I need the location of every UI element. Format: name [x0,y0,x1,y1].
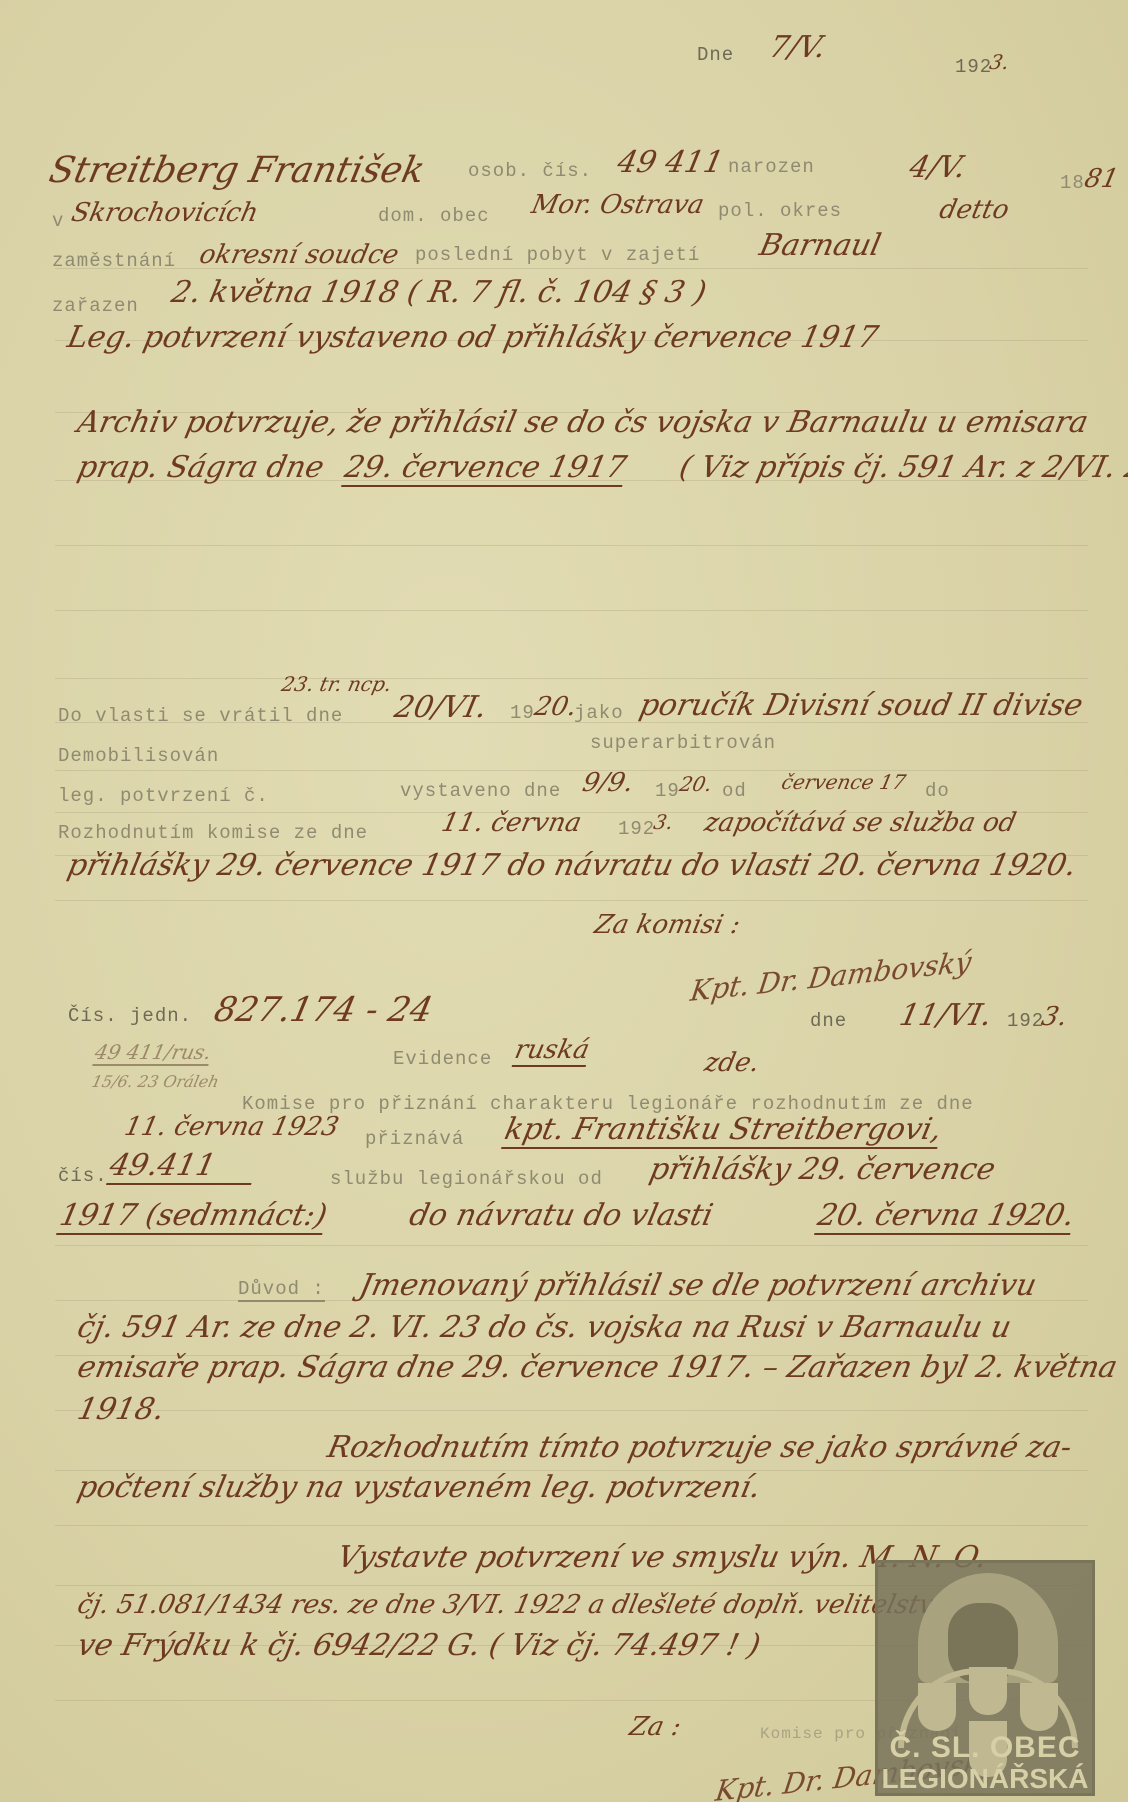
rozhodnutim-year-suffix: 3. [651,810,675,834]
margin-note-2: 15/6. 23 Oráleh [90,1072,221,1091]
od-label: od [722,780,747,802]
od-value: července 17 [779,770,908,794]
za-label: Za : [627,1712,684,1742]
zamestnani-value: okresní soudce [197,240,402,270]
priznava-value: kpt. Františku Streitbergovi, [501,1112,945,1149]
vystaveno-year-suffix: 20. [677,772,714,796]
rule-line [55,610,1088,611]
do-label: do [925,780,950,802]
sluzbu-label: službu legionářskou od [330,1168,603,1190]
birth-year-prefix: 18 [1060,172,1085,194]
rule-line [55,1410,1088,1411]
year-suffix: 3. [987,50,1011,74]
zarazen-label: zařazen [52,295,139,317]
rozhodnutim-line2: počtení služby na vystaveném leg. potvrz… [74,1470,764,1505]
duvod-line4: 1918. [74,1392,167,1427]
demob-label: Demobilisován [58,745,219,767]
posledni-pobyt-value: Barnaul [756,228,884,263]
rule-line [55,1525,1088,1526]
cis-jedn-value: 827.174 - 24 [211,990,436,1030]
zarazen-value: 2. května 1918 ( R. 7 fl. č. 104 § 3 ) [168,275,709,310]
archive-line-2b: 29. července 1917 [341,450,629,487]
duvod-line2: čj. 591 Ar. ze dne 2. VI. 23 do čs. vojs… [74,1310,1014,1345]
birthplace-prefix: v [52,210,64,232]
returned-year-suffix: 20. [532,692,580,722]
sluzbu-line2b: do návratu do vlasti [406,1198,716,1233]
sluzbu-value: přihlášky 29. července [646,1152,998,1187]
superarb-label: superarbitrován [590,732,776,754]
margin-note-1: 49 411/rus. [92,1040,213,1066]
zamestnani-label: zaměstnání [52,250,176,272]
evidence-label: Evidence [393,1048,492,1070]
legion-logo-watermark: Č. SL. OBEC LEGIONÁŘSKÁ [875,1560,1095,1796]
coat-of-arms-icon [918,1683,956,1731]
osob-cis-value: 49 411 [614,145,726,180]
service-line: přihlášky 29. července 1917 do návratu d… [64,848,1079,883]
rule-line [55,678,1088,679]
archive-line-2a: prap. Ságra dne [74,450,327,485]
returned-date: 20/VI. [391,690,490,725]
evidence-extra: zde. [702,1048,762,1078]
dne-value: 11/VI. [896,998,995,1033]
rule-line [55,545,1088,546]
dom-obec-value: Mor. Ostrava [529,190,707,220]
return-annotation: 23. tr. ncp. [279,672,394,696]
duvod-label: Důvod : [238,1278,325,1302]
birth-year-suffix: 81 [1082,164,1121,194]
vystavte-line2: čj. 51.081/1434 res. ze dne 3/VI. 1922 a… [75,1590,946,1620]
returned-label: Do vlasti se vrátil dne [58,705,343,727]
note-line: Leg. potvrzení vystaveno od přihlášky če… [64,320,881,355]
cis-label: čís. [58,1165,108,1187]
sluzbu-line2a: 1917 (sedmnáct:) [56,1198,330,1235]
year-prefix: 192 [955,56,992,78]
rule-line [55,770,1088,771]
posledni-pobyt-label: poslední pobyt v zajetí [415,244,700,266]
vystaveno-year-prefix: 19 [655,780,680,802]
narozen-value: 4/V. [906,150,969,185]
duvod-line1: Jmenovaný přihlásil se dle potvrzení arc… [356,1268,1039,1303]
priznava-label: přiznává [365,1128,464,1150]
eagle-shield-icon [1020,1683,1058,1731]
vystavte-line3: ve Frýdku k čj. 6942/22 G. ( Viz čj. 74.… [74,1628,763,1663]
duvod-line3: emisaře prap. Ságra dne 29. července 191… [74,1350,1120,1385]
narozen-label: narozen [728,156,815,178]
rule-line [55,900,1088,901]
double-cross-shield-icon [969,1667,1007,1715]
rozhodnutim-year-prefix: 192 [618,818,655,840]
archive-line-1: Archiv potvrzuje, že přihlásil se do čs … [74,405,1091,440]
date-value: 7/V. [766,30,829,65]
vystaveno-label: vystaveno dne [400,780,561,802]
komise-date: 11. června 1923 [122,1112,342,1142]
zapocitava-text: započítává se služba od [702,808,1019,838]
sluzbu-line2c: 20. června 1920. [814,1198,1078,1235]
pol-okres-label: pol. okres [718,200,842,222]
logo-text-line2: LEGIONÁŘSKÁ [878,1763,1092,1795]
jako-value: poručík Divisní soud II divise [636,688,1086,723]
date-label: Dne [697,44,734,66]
vystaveno-value: 9/9. [580,768,636,798]
rozhodnutim-label: Rozhodnutím komise ze dne [58,822,368,844]
person-name: Streitberg František [46,150,429,191]
osob-cis-label: osob. čís. [468,160,592,182]
pol-okres-value: detto [937,195,1012,225]
logo-text-line1: Č. SL. OBEC [878,1731,1092,1765]
archive-line-2c: ( Viz přípis čj. 591 Ar. z 2/VI. 23. ) [676,450,1128,485]
leg-label: leg. potvrzení č. [58,785,269,807]
rule-line [55,1245,1088,1246]
dne-year-suffix: 3. [1039,1002,1070,1032]
document-page: Dne 7/V. 192 3. Streitberg František oso… [0,0,1128,1802]
birthplace: Skrochovicích [69,198,261,228]
cis-value: 49.411 [106,1148,259,1185]
rozhodnutim-line1: Rozhodnutím tímto potvrzuje se jako sprá… [324,1430,1075,1465]
rozhodnutim-value: 11. června [439,808,584,838]
evidence-value: ruská [512,1035,593,1067]
dne-label: dne [810,1010,847,1032]
za-komisi: Za komisi : [592,910,743,940]
cis-jedn-label: Čís. jedn. [68,1005,192,1027]
dom-obec-label: dom. obec [378,205,490,227]
jako-label: jako [574,702,624,724]
